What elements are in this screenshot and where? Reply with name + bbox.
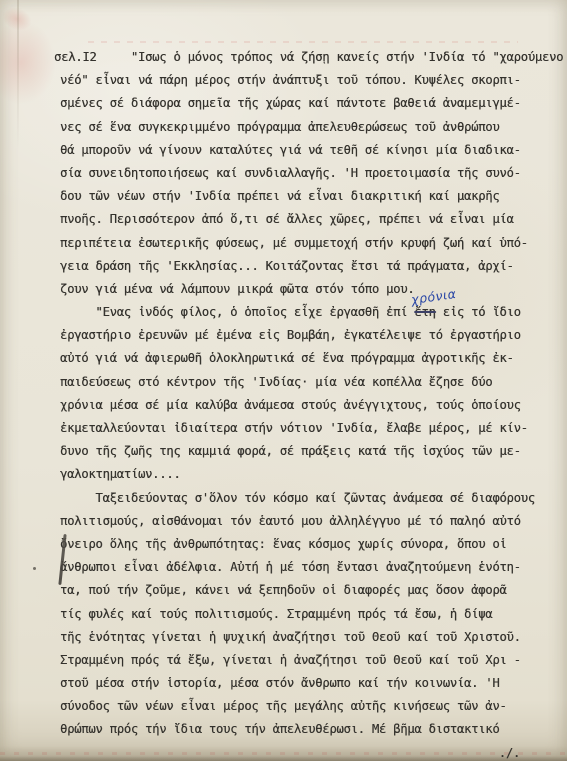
text-line: παιδεύσεως στό κέντρον τῆς 'Ινδίας· μία … bbox=[0, 371, 567, 394]
text-line: αὐτό γιά νά ἀφιερωθῆ ὁλοκληρωτικά σέ ἕνα… bbox=[0, 347, 567, 370]
text-line: νέό" εἶναι νά πάρη μέρος στήν ἀνάπτυξι τ… bbox=[0, 69, 567, 92]
scanned-typewritten-page: σελ.Ι2 "Ισως ὁ μόνος τρόπος νά ζήσῃ κανε… bbox=[0, 0, 567, 761]
text-line: "Ισως ὁ μόνος τρόπος νά ζήσῃ κανείς στήν… bbox=[0, 46, 567, 69]
typewritten-text-block: "Ισως ὁ μόνος τρόπος νά ζήσῃ κανείς στήν… bbox=[0, 46, 567, 761]
text-line: στοῦ μέσα στήν ἱστορία, μέσα στόν ἄνθρωπ… bbox=[0, 672, 567, 695]
faint-red-line bbox=[88, 41, 518, 43]
text-line: ἄνθρωποι εἶναι ἀδέλφια. Αὐτή ἡ μέ τόση ἔ… bbox=[0, 556, 567, 579]
text-line: ζουν γιά μένα νά λάμπουν μικρά φῶτα στόν… bbox=[0, 278, 567, 301]
text-line: σμένες σέ διάφορα σημεῖα τῆς χώρας καί π… bbox=[0, 92, 567, 115]
text-line: Ταξειδεύοντας σ'ὅλον τόν κόσμο καί ζῶντα… bbox=[0, 487, 567, 510]
struck-out-word: ἔτη bbox=[414, 305, 435, 319]
ink-dot bbox=[33, 567, 36, 570]
text-line: θρώπων πρός τήν ἴδια τους τήν ἀπελευθέρω… bbox=[0, 718, 567, 741]
text-line: ὄνειρο ὅλης τῆς ἀνθρωπότητας: ἕνας κόσμο… bbox=[0, 533, 567, 556]
text-line: περιπέτεια ἐσωτερικῆς φύσεως, μέ συμμετο… bbox=[0, 232, 567, 255]
text-line: τίς φυλές καί τούς πολιτισμούς. Στραμμέν… bbox=[0, 603, 567, 626]
text-line: γεια δράση τῆς 'Εκκλησίας... Κοιτάζοντας… bbox=[0, 255, 567, 278]
text-line: Στραμμένη πρός τά ἔξω, γίνεται ἡ ἀναζήτη… bbox=[0, 649, 567, 672]
text-line: δου τῶν νέων στήν 'Ινδία πρέπει νά εἶναι… bbox=[0, 185, 567, 208]
text-line: τα, πού τήν ζοῦμε, κάνει νά ξεπηδοῦν οἱ … bbox=[0, 579, 567, 602]
text-line: ἐργαστήριο ἐρευνῶν μέ ἐμένα εἰς Βομβάη, … bbox=[0, 324, 567, 347]
text-segment: "Ενας ἰνδός φίλος, ὁ ὁποῖος εἶχε ἐργασθῆ… bbox=[60, 305, 414, 319]
text-segment: εἰς τό ἴδιο bbox=[436, 305, 521, 319]
text-line: σύνοδος τῶν νέων εἶναι μέρος τῆς μεγάλης… bbox=[0, 695, 567, 718]
text-line: σία συνειδητοποιήσεως καί συνδιαλλαγῆς. … bbox=[0, 162, 567, 185]
text-line: δυνο τῆς ζωῆς της καμμιά φορά, σέ πράξει… bbox=[0, 440, 567, 463]
text-line: χρόνια μέσα σέ μία καλύβα ἀνάμεσα στούς … bbox=[0, 394, 567, 417]
text-line: πνοῆς. Περισσότερον ἀπό ὅ,τι σέ ἄλλες χῶ… bbox=[0, 208, 567, 231]
continuation-mark: ./. bbox=[0, 742, 567, 761]
text-line-with-correction: "Ενας ἰνδός φίλος, ὁ ὁποῖος εἶχε ἐργασθῆ… bbox=[0, 301, 567, 324]
text-line: ἐκμεταλλεύονται ἰδιαίτερα στήν νότιον 'Ι… bbox=[0, 417, 567, 440]
text-line: νες σέ ἕνα συγκεκριμμένο πρόγραμμα ἀπελε… bbox=[0, 116, 567, 139]
text-line: τῆς ἑνότητας γίνεται ἡ ψυχική ἀναζήτησι … bbox=[0, 626, 567, 649]
text-line: γαλοκτηματίων.... bbox=[0, 463, 567, 486]
text-line: πολιτισμούς, αἰσθάνομαι τόν ἑαυτό μου ἀλ… bbox=[0, 510, 567, 533]
text-line: θά μποροῦν νά γίνουν καταλύτες γιά νά τε… bbox=[0, 139, 567, 162]
